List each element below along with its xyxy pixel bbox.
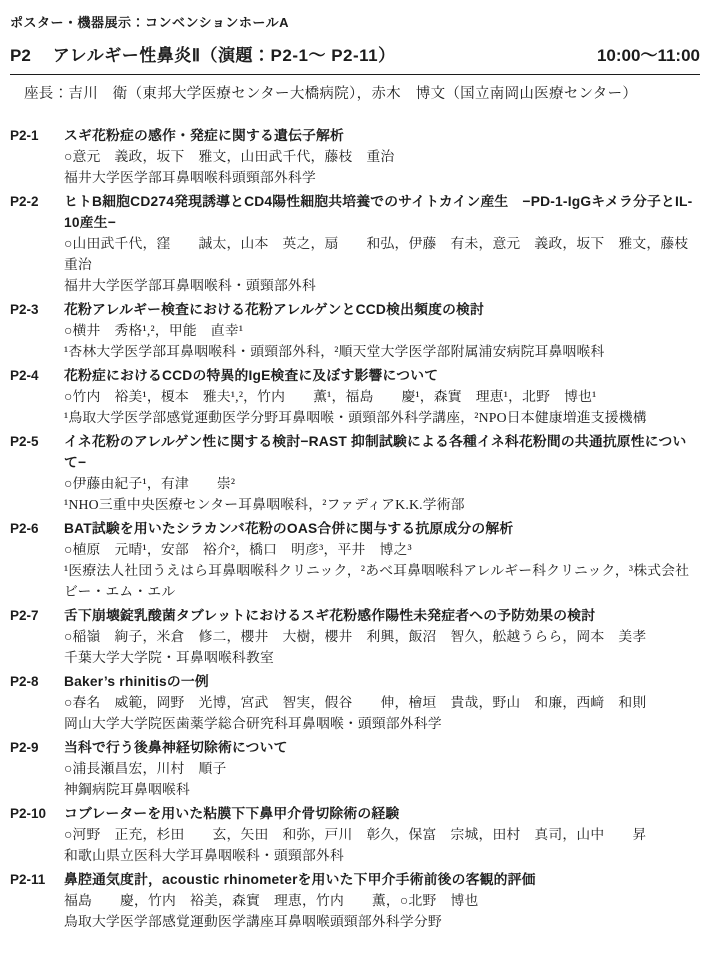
entry-content: 当科で行う後鼻神経切除術について○浦長瀬昌宏，川村 順子神鋼病院耳鼻咽喉科 xyxy=(64,737,700,800)
entry-id: P2-8 xyxy=(10,671,64,692)
entry-p2-6: P2-6BAT試験を用いたシラカンバ花粉のOAS合併に関与する抗原成分の解析○植… xyxy=(10,518,700,602)
entry-p2-11: P2-11鼻腔通気度計，acoustic rhinometerを用いた下甲介手術… xyxy=(10,869,700,932)
session-title: アレルギー性鼻炎Ⅱ（演題：P2-1～ P2-11） xyxy=(53,41,597,66)
entry-content: ヒトB細胞CD274発現誘導とCD4陽性細胞共培養でのサイトカイン産生 −PD-… xyxy=(64,191,700,296)
entry-content: 鼻腔通気度計，acoustic rhinometerを用いた下甲介手術前後の客観… xyxy=(64,869,700,932)
entry-title: 花粉アレルギー検査における花粉アレルゲンとCCD検出頻度の検討 xyxy=(64,299,700,320)
entry-id: P2-7 xyxy=(10,605,64,626)
entry-authors: ○河野 正充，杉田 玄，矢田 和弥，戸川 彰久，保富 宗城，田村 真司，山中 昇 xyxy=(64,824,700,845)
entry-affiliation: 福井大学医学部耳鼻咽喉科・頭頸部外科 xyxy=(64,275,700,296)
entry-content: イネ花粉のアレルゲン性に関する検討−RAST 抑制試験による各種イネ科花粉間の共… xyxy=(64,431,700,515)
entry-content: 舌下崩壊錠乳酸菌タブレットにおけるスギ花粉感作陽性未発症者への予防効果の検討○稲… xyxy=(64,605,700,668)
entry-title: イネ花粉のアレルゲン性に関する検討−RAST 抑制試験による各種イネ科花粉間の共… xyxy=(64,431,700,473)
entry-id: P2-10 xyxy=(10,803,64,824)
entry-affiliation: 福井大学医学部耳鼻咽喉科頭頸部外科学 xyxy=(64,167,700,188)
entry-content: Baker’s rhinitisの一例○春名 威範，岡野 光博，宮武 智実，假谷… xyxy=(64,671,700,734)
entry-authors: ○山田武千代，窪 誠太，山本 英之，扇 和弘，伊藤 有未，意元 義政，坂下 雅文… xyxy=(64,233,700,275)
entry-p2-8: P2-8Baker’s rhinitisの一例○春名 威範，岡野 光博，宮武 智… xyxy=(10,671,700,734)
entry-id: P2-4 xyxy=(10,365,64,386)
entry-content: 花粉症におけるCCDの特異的IgE検査に及ぼす影響について○竹内 裕美¹，榎本 … xyxy=(64,365,700,428)
entry-authors: ○意元 義政，坂下 雅文，山田武千代，藤枝 重治 xyxy=(64,146,700,167)
entry-content: BAT試験を用いたシラカンバ花粉のOAS合併に関与する抗原成分の解析○植原 元晴… xyxy=(64,518,700,602)
header-divider xyxy=(10,74,700,75)
program-page: ポスター・機器展示：コンベンションホールA P2 アレルギー性鼻炎Ⅱ（演題：P2… xyxy=(0,0,710,954)
entry-title: コブレーターを用いた粘膜下下鼻甲介骨切除術の経験 xyxy=(64,803,700,824)
entry-affiliation: ¹NHO三重中央医療センター耳鼻咽喉科，²ファディアK.K.学術部 xyxy=(64,494,700,515)
entry-authors: ○春名 威範，岡野 光博，宮武 智実，假谷 伸，檜垣 貴哉，野山 和廉，西﨑 和… xyxy=(64,692,700,713)
entry-id: P2-2 xyxy=(10,191,64,212)
entry-list: P2-1スギ花粉症の感作・発症に関する遺伝子解析○意元 義政，坂下 雅文，山田武… xyxy=(10,125,700,932)
entry-authors: ○植原 元晴¹，安部 裕介²，橋口 明彦³，平井 博之³ xyxy=(64,539,700,560)
entry-affiliation: ¹医療法人社団うえはら耳鼻咽喉科クリニック，²あべ耳鼻咽喉科アレルギー科クリニッ… xyxy=(64,560,700,602)
entry-id: P2-1 xyxy=(10,125,64,146)
session-header: P2 アレルギー性鼻炎Ⅱ（演題：P2-1～ P2-11） 10:00～11:00 xyxy=(10,41,700,66)
entry-p2-10: P2-10コブレーターを用いた粘膜下下鼻甲介骨切除術の経験○河野 正充，杉田 玄… xyxy=(10,803,700,866)
entry-title: 鼻腔通気度計，acoustic rhinometerを用いた下甲介手術前後の客観… xyxy=(64,869,700,890)
entry-content: スギ花粉症の感作・発症に関する遺伝子解析○意元 義政，坂下 雅文，山田武千代，藤… xyxy=(64,125,700,188)
session-time: 10:00～11:00 xyxy=(597,41,700,66)
entry-title: 花粉症におけるCCDの特異的IgE検査に及ぼす影響について xyxy=(64,365,700,386)
entry-authors: ○横井 秀格¹,²，甲能 直幸¹ xyxy=(64,320,700,341)
entry-p2-5: P2-5イネ花粉のアレルゲン性に関する検討−RAST 抑制試験による各種イネ科花… xyxy=(10,431,700,515)
entry-id: P2-6 xyxy=(10,518,64,539)
entry-title: 舌下崩壊錠乳酸菌タブレットにおけるスギ花粉感作陽性未発症者への予防効果の検討 xyxy=(64,605,700,626)
session-code: P2 xyxy=(10,46,31,66)
entry-affiliation: 千葉大学大学院・耳鼻咽喉科教室 xyxy=(64,647,700,668)
entry-title: 当科で行う後鼻神経切除術について xyxy=(64,737,700,758)
entry-affiliation: 岡山大学大学院医歯薬学総合研究科耳鼻咽喉・頭頸部外科学 xyxy=(64,713,700,734)
entry-content: コブレーターを用いた粘膜下下鼻甲介骨切除術の経験○河野 正充，杉田 玄，矢田 和… xyxy=(64,803,700,866)
entry-p2-1: P2-1スギ花粉症の感作・発症に関する遺伝子解析○意元 義政，坂下 雅文，山田武… xyxy=(10,125,700,188)
entry-title: Baker’s rhinitisの一例 xyxy=(64,671,700,692)
entry-affiliation: 鳥取大学医学部感覚運動医学講座耳鼻咽喉頭頸部外科学分野 xyxy=(64,911,700,932)
entry-authors: ○稲嶺 絢子，米倉 修二，櫻井 大樹，櫻井 利興，飯沼 智久，舩越うらら，岡本 … xyxy=(64,626,700,647)
entry-title: BAT試験を用いたシラカンバ花粉のOAS合併に関与する抗原成分の解析 xyxy=(64,518,700,539)
entry-authors: ○竹内 裕美¹，榎本 雅夫¹,²，竹内 薫¹，福島 慶¹，森實 理恵¹，北野 博… xyxy=(64,386,700,407)
entry-authors: 福島 慶，竹内 裕美，森實 理恵，竹内 薫，○北野 博也 xyxy=(64,890,700,911)
entry-title: スギ花粉症の感作・発症に関する遺伝子解析 xyxy=(64,125,700,146)
venue-line: ポスター・機器展示：コンベンションホールA xyxy=(10,12,700,31)
entry-p2-9: P2-9当科で行う後鼻神経切除術について○浦長瀬昌宏，川村 順子神鋼病院耳鼻咽喉… xyxy=(10,737,700,800)
entry-id: P2-3 xyxy=(10,299,64,320)
entry-authors: ○伊藤由紀子¹，有津 崇² xyxy=(64,473,700,494)
entry-affiliation: ¹杏林大学医学部耳鼻咽喉科・頭頸部外科，²順天堂大学医学部附属浦安病院耳鼻咽喉科 xyxy=(64,341,700,362)
entry-affiliation: ¹鳥取大学医学部感覚運動医学分野耳鼻咽喉・頭頸部外科学講座，²NPO日本健康増進… xyxy=(64,407,700,428)
entry-id: P2-9 xyxy=(10,737,64,758)
chairs-line: 座長：吉川 衛（東邦大学医療センター大橋病院），赤木 博文（国立南岡山医療センタ… xyxy=(10,82,700,103)
entry-p2-7: P2-7舌下崩壊錠乳酸菌タブレットにおけるスギ花粉感作陽性未発症者への予防効果の… xyxy=(10,605,700,668)
entry-p2-2: P2-2ヒトB細胞CD274発現誘導とCD4陽性細胞共培養でのサイトカイン産生 … xyxy=(10,191,700,296)
entry-title: ヒトB細胞CD274発現誘導とCD4陽性細胞共培養でのサイトカイン産生 −PD-… xyxy=(64,191,700,233)
entry-content: 花粉アレルギー検査における花粉アレルゲンとCCD検出頻度の検討○横井 秀格¹,²… xyxy=(64,299,700,362)
entry-affiliation: 和歌山県立医科大学耳鼻咽喉科・頭頸部外科 xyxy=(64,845,700,866)
entry-id: P2-11 xyxy=(10,869,64,890)
entry-p2-3: P2-3花粉アレルギー検査における花粉アレルゲンとCCD検出頻度の検討○横井 秀… xyxy=(10,299,700,362)
entry-id: P2-5 xyxy=(10,431,64,452)
entry-authors: ○浦長瀬昌宏，川村 順子 xyxy=(64,758,700,779)
entry-affiliation: 神鋼病院耳鼻咽喉科 xyxy=(64,779,700,800)
entry-p2-4: P2-4花粉症におけるCCDの特異的IgE検査に及ぼす影響について○竹内 裕美¹… xyxy=(10,365,700,428)
